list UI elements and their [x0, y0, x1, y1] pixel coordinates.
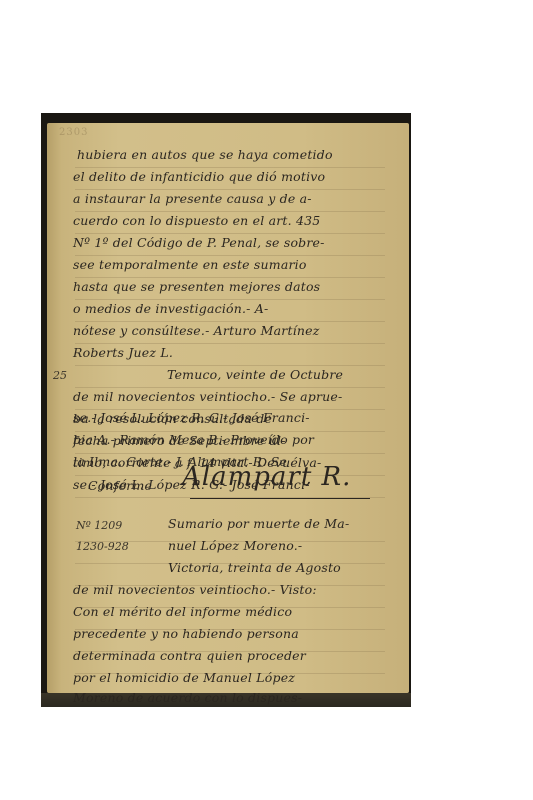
text-line: por el homicidio de Manuel López — [73, 670, 295, 685]
text-line: determinada contra quien proceder — [73, 648, 306, 663]
text-line: de mil novecientos veintiocho.- Visto: — [73, 582, 317, 597]
text-line: nótese y consúltese.- Arturo Martínez — [73, 323, 320, 338]
text-line: de mil novecientos veintiocho.- Se aprue… — [73, 389, 342, 404]
text-line: Nº 1º del Código de P. Penal, se sobre- — [73, 235, 325, 250]
text-line: o medios de investigación.- A- — [73, 301, 268, 316]
text-line: hasta que se presenten mejores datos — [73, 279, 320, 294]
text-line: Roberts Juez L. — [73, 345, 173, 360]
signature: Alampart R. — [182, 462, 351, 492]
text-line: el delito de infanticidio que dió motivo — [73, 169, 325, 184]
case-number: Nº 1209 — [76, 519, 122, 532]
case-title-line: nuel López Moreno.- — [168, 538, 302, 553]
text-line: Moreno de acuerdo con lo dispues- — [73, 690, 302, 705]
text-line: Con el mérito del informe médico — [73, 604, 292, 619]
text-line: see temporalmente en este sumario — [73, 257, 307, 272]
text-line: Temuco, veinte de Octubre — [167, 367, 343, 382]
case-reference: 1230-928 — [76, 540, 129, 553]
text-line: cuerdo con lo dispuesto en el art. 435 — [73, 213, 320, 228]
closing-conforme: Conforme — [88, 478, 152, 493]
signature-underline — [190, 498, 370, 499]
margin-note-number: 25 — [53, 369, 67, 382]
text-line: Victoria, treinta de Agosto — [168, 560, 341, 575]
text-line: a instaurar la presente causa y de a- — [73, 191, 312, 206]
text-line: bia A.- Ramón Meza B.- Proveído por — [73, 432, 314, 447]
text-line: se.- José L. López R. G.- José Franci- — [73, 410, 310, 425]
folio-number: 2303 — [59, 127, 88, 138]
text-line: precedente y no habiendo persona — [73, 626, 299, 641]
case-title-line: Sumario por muerte de Ma- — [168, 516, 349, 531]
text-line: hubiera en autos que se haya cometido — [77, 147, 333, 162]
